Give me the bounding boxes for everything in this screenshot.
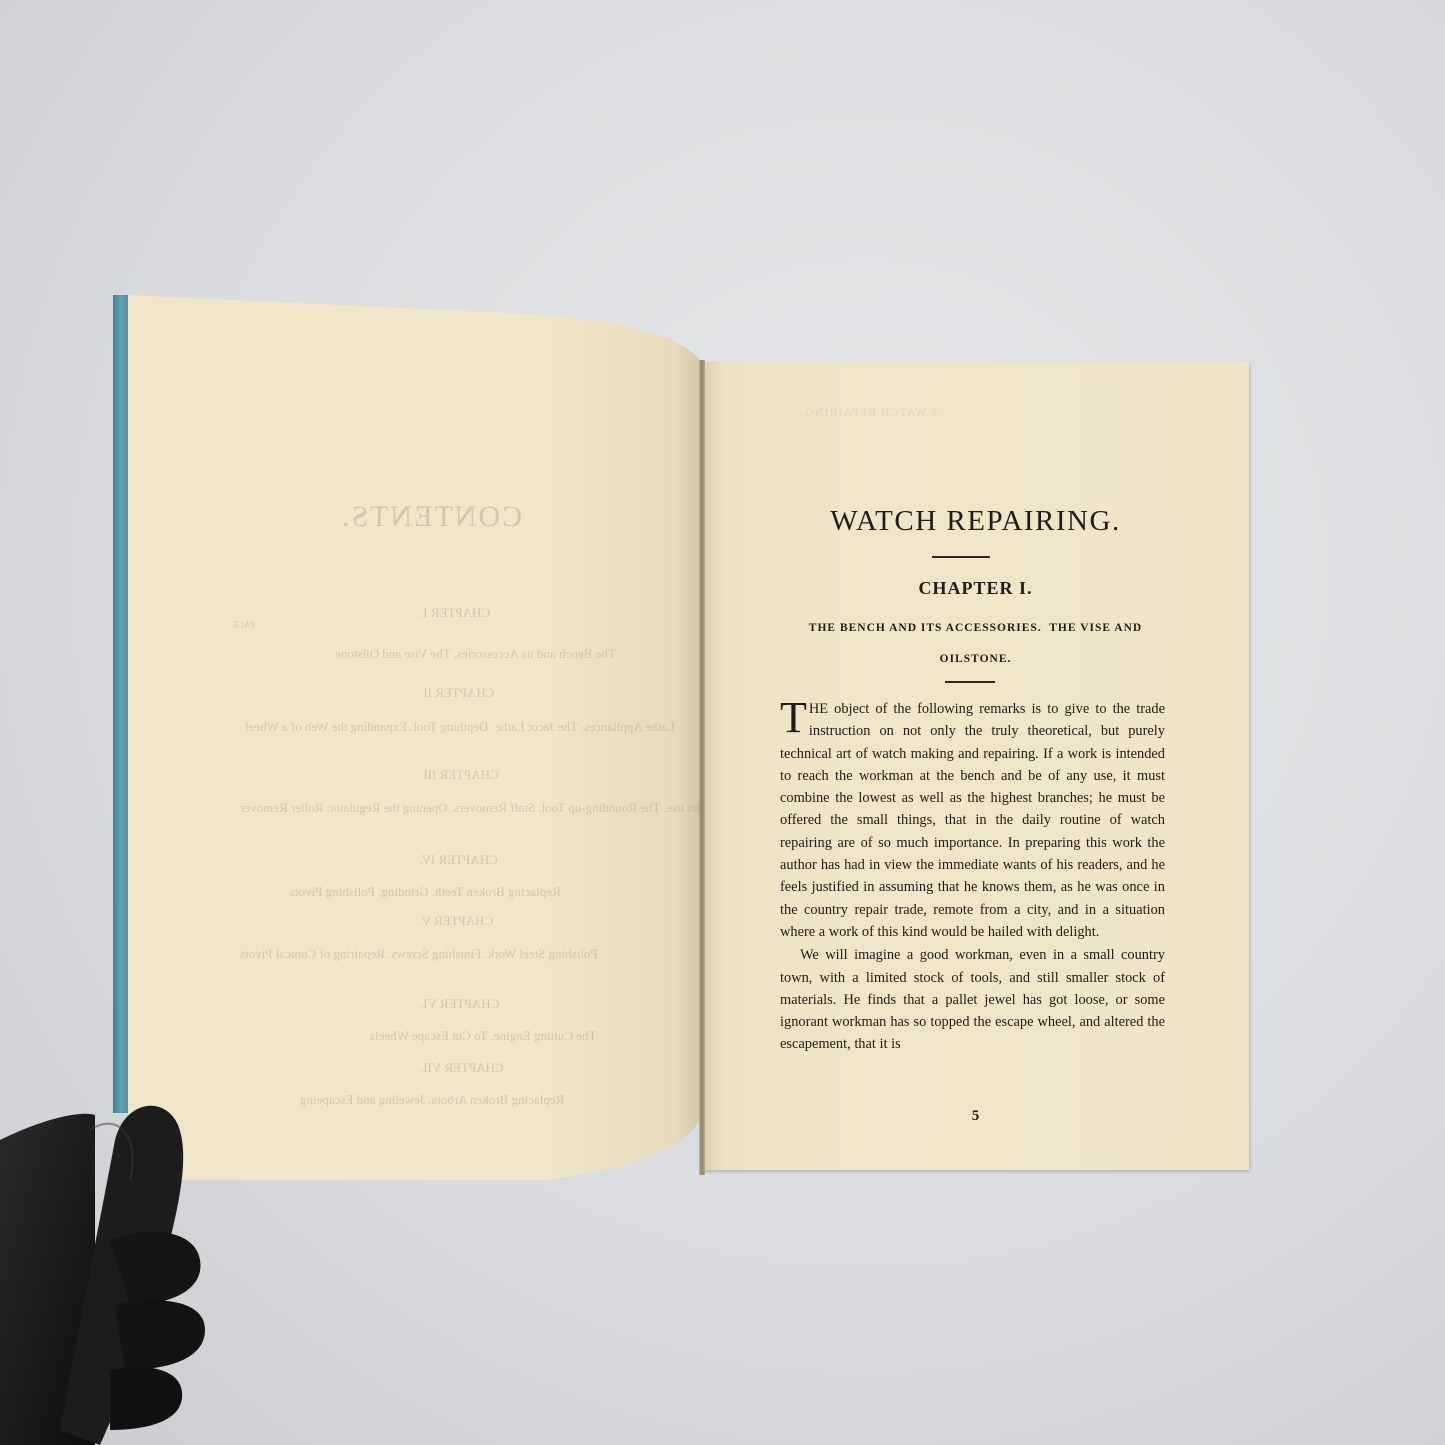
gloved-hand [0,1100,300,1445]
show-through-line: CHAPTER VI. [420,996,499,1012]
show-through-line: CHAPTER V. [420,913,493,929]
show-through-line: CHAPTER III. [420,767,499,783]
book-title: WATCH REPAIRING. [702,505,1249,538]
title-rule [932,556,990,558]
show-through-line: Replacing Broken Teeth. Grinding. Polish… [290,884,561,900]
body-text: THE object of the following remarks is t… [780,698,1165,1056]
chapter-subtitle-line-2: OILSTONE. [702,644,1249,675]
subtitle-rule [945,681,995,683]
paragraph-1-text: HE object of the following remarks is to… [780,701,1165,940]
chapter-subtitle: THE BENCH AND ITS ACCESSORIES. THE VISE … [702,613,1249,675]
show-through-contents-title: CONTENTS. [340,500,522,534]
chapter-subtitle-line-1: THE BENCH AND ITS ACCESSORIES. THE VISE … [702,613,1249,644]
show-through-line: Sprucing Tool its use. The Rounding-up T… [240,800,776,816]
drop-cap: T [780,700,807,736]
chapter-heading: CHAPTER I. [702,578,1249,599]
left-page [128,295,703,1185]
paragraph-2: We will imagine a good workman, even in … [780,944,1165,1055]
show-through-line: Lathe Appliances. The Jacot Lathe. Depth… [245,719,675,735]
show-through-line: CHAPTER VII. [420,1060,504,1076]
paragraph-1: THE object of the following remarks is t… [780,698,1165,943]
show-through-line: Polishing Steel Work. Finishing Screws. … [240,946,598,962]
book-cover-edge [113,295,129,1113]
show-through-line: Replacing Broken Arbors. Jeweling and Es… [300,1092,564,1108]
page-number: 5 [702,1108,1249,1125]
show-through-line: CHAPTER II. [420,685,494,701]
show-through-line: CHAPTER I. [420,605,490,621]
show-through-line: The Bench and its Accessories. The Vise … [335,646,616,662]
show-through-line: The Cutting Engine. To Cut Escape Wheels [370,1028,596,1044]
book-gutter [699,360,705,1175]
photo-scene: CONTENTS. CHAPTER I. PAGE The Bench and … [0,0,1445,1445]
show-through-line: PAGE [232,620,255,630]
show-through-running-header: 6 WATCH REPAIRING. [800,405,937,420]
show-through-line: CHAPTER IV. [420,852,498,868]
